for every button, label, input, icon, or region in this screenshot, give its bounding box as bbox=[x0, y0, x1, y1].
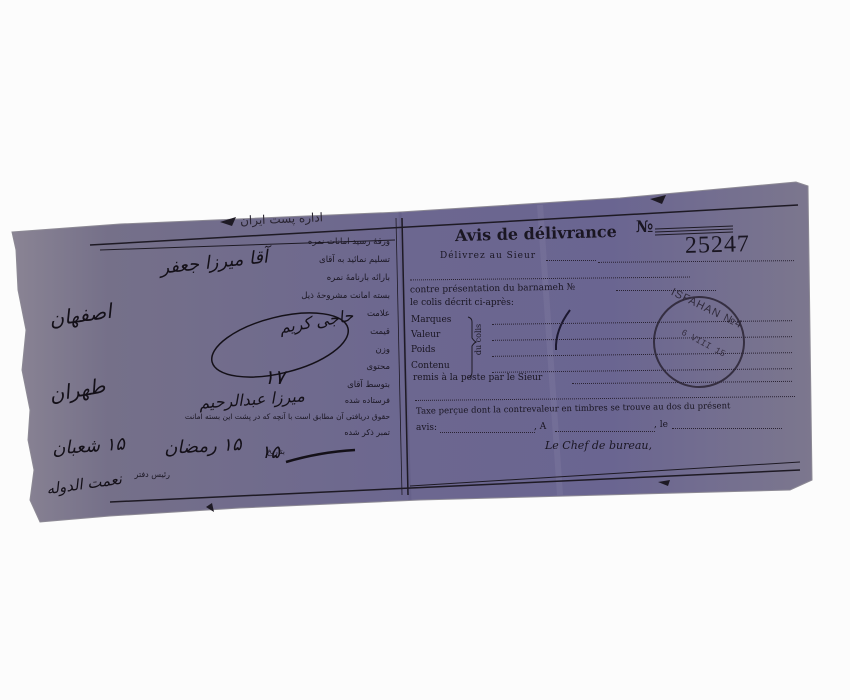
delivrez-label: Délivrez au Sieur bbox=[440, 251, 536, 261]
number-label: № bbox=[636, 217, 653, 236]
handwritten-date: ۱۵ رمضان bbox=[164, 434, 243, 459]
avis-line bbox=[440, 432, 535, 433]
receipt-number: 25247 bbox=[685, 231, 751, 260]
barnameh-line bbox=[616, 290, 716, 291]
a-line bbox=[555, 431, 655, 432]
postmark-date: 6 VIII 15 bbox=[679, 328, 727, 360]
remis-label: remis à la poste par le Sieur bbox=[413, 373, 542, 383]
persian-line-1: ورقهٔ رسید امانات نمره bbox=[308, 237, 390, 247]
persian-line-6: قیمت bbox=[370, 327, 390, 337]
handwritten-date-number: ۱۵ bbox=[261, 442, 280, 463]
persian-line-3: بارائه بارنامهٔ نمره bbox=[327, 273, 390, 283]
persian-line-7: وزن bbox=[376, 345, 390, 355]
colis-label: le colis décrit ci-après: bbox=[410, 298, 514, 308]
signature-label: Le Chef de bureau, bbox=[545, 439, 652, 452]
field-marques: Marques bbox=[411, 315, 451, 325]
avis-label: avis: bbox=[416, 423, 437, 433]
persian-line-10: فرستاده شده bbox=[345, 396, 390, 405]
le-line bbox=[672, 428, 782, 429]
persian-line-9: بتوسط آقای bbox=[347, 380, 390, 390]
delivrez-line bbox=[546, 260, 596, 261]
persian-line-14: رئیس دفتر bbox=[135, 470, 170, 479]
postal-receipt: اداره پست ایران Avis de délivrance № 252… bbox=[0, 0, 850, 700]
persian-line-8: محتوی bbox=[366, 362, 390, 372]
persian-line-12: تمبر ذکر شده bbox=[344, 428, 390, 437]
a-label: , A bbox=[534, 422, 546, 432]
persian-line-11: حقوق دریافتی آن مطابق است با آنچه که در … bbox=[185, 412, 390, 421]
field-contenu: Contenu bbox=[411, 361, 450, 371]
handwritten-value-weight: ۱۷ bbox=[264, 365, 285, 389]
le-label: , le bbox=[654, 420, 668, 430]
fields-group-label: du colis bbox=[474, 324, 483, 355]
persian-line-5: علامت bbox=[367, 309, 390, 319]
field-poids: Poids bbox=[411, 345, 435, 355]
persian-line-4: بسته امانت مشروحهٔ ذیل bbox=[301, 291, 390, 301]
field-valeur: Valeur bbox=[411, 330, 440, 340]
persian-line-2: تسلیم نمائید به آقای bbox=[319, 255, 390, 265]
